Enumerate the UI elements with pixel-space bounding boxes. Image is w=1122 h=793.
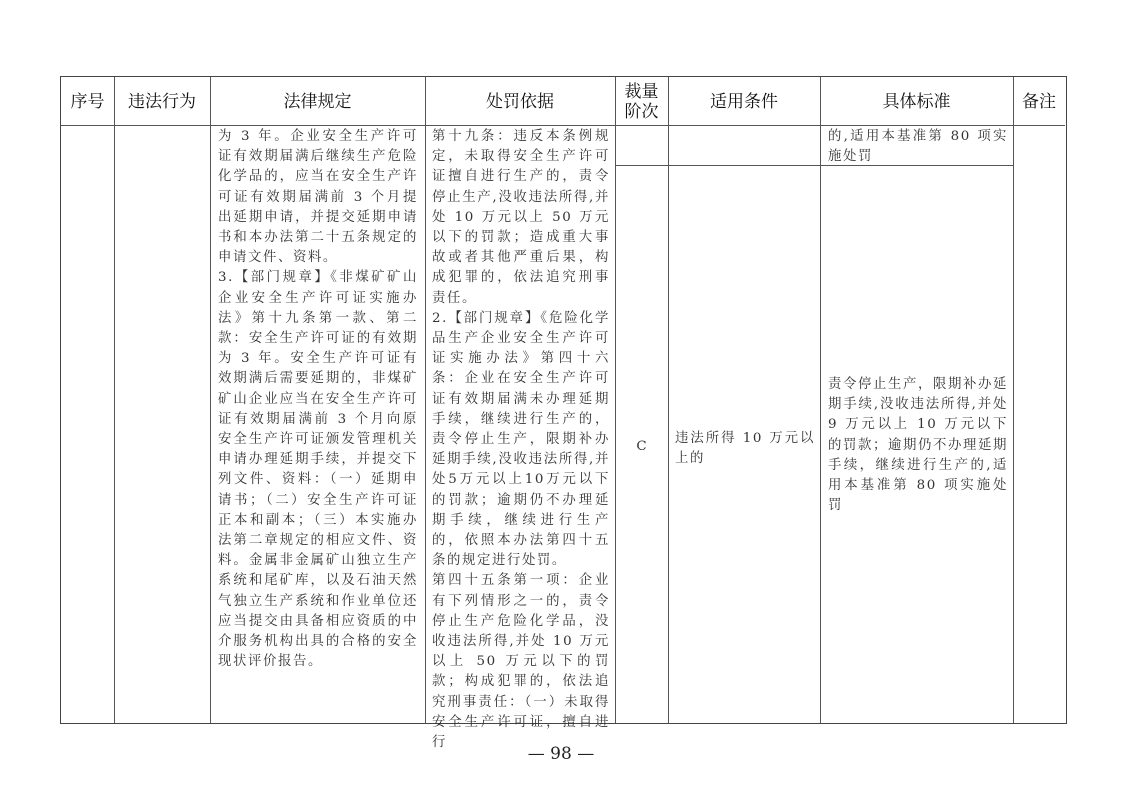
cell-level-1 [615,126,668,165]
header-remarks: 备注 [1013,77,1065,126]
column-divider [114,77,115,723]
column-divider [615,77,616,723]
cell-legal-provision: 为 3 年。企业安全生产许可证有效期届满后继续生产危险化学品的，应当在安全生产许… [218,127,418,672]
cell-standard-1: 的,适用本基准第 80 项实施处罚 [828,127,1008,167]
page-number: — 98 — [0,744,1122,764]
header-discretion-level: 裁量 阶次 [615,77,668,126]
cell-condition-1 [668,126,820,165]
cell-condition-2: 违法所得 10 万元以上的 [675,429,815,469]
column-divider [668,77,669,723]
header-seq: 序号 [61,77,114,126]
cell-standard-2: 责令停止生产，限期补办延期手续,没收违法所得,并处 9 万元以上 10 万元以下… [828,375,1008,516]
column-divider [425,77,426,723]
header-violation: 违法行为 [114,77,210,126]
column-divider [210,77,211,723]
penalty-standards-table: 序号 违法行为 法律规定 处罚依据 裁量 阶次 适用条件 具体标准 备注 为 3… [60,76,1067,724]
cell-penalty-basis: 第十九条：违反本条例规定，未取得安全生产许可证擅自进行生产的，责令停止生产,没收… [432,127,610,753]
header-legal-provision: 法律规定 [210,77,425,126]
header-applicable-condition: 适用条件 [668,77,820,126]
column-divider [820,77,821,723]
header-specific-standard: 具体标准 [820,77,1013,126]
cell-level-2: C [615,417,668,477]
header-penalty-basis: 处罚依据 [425,77,615,126]
